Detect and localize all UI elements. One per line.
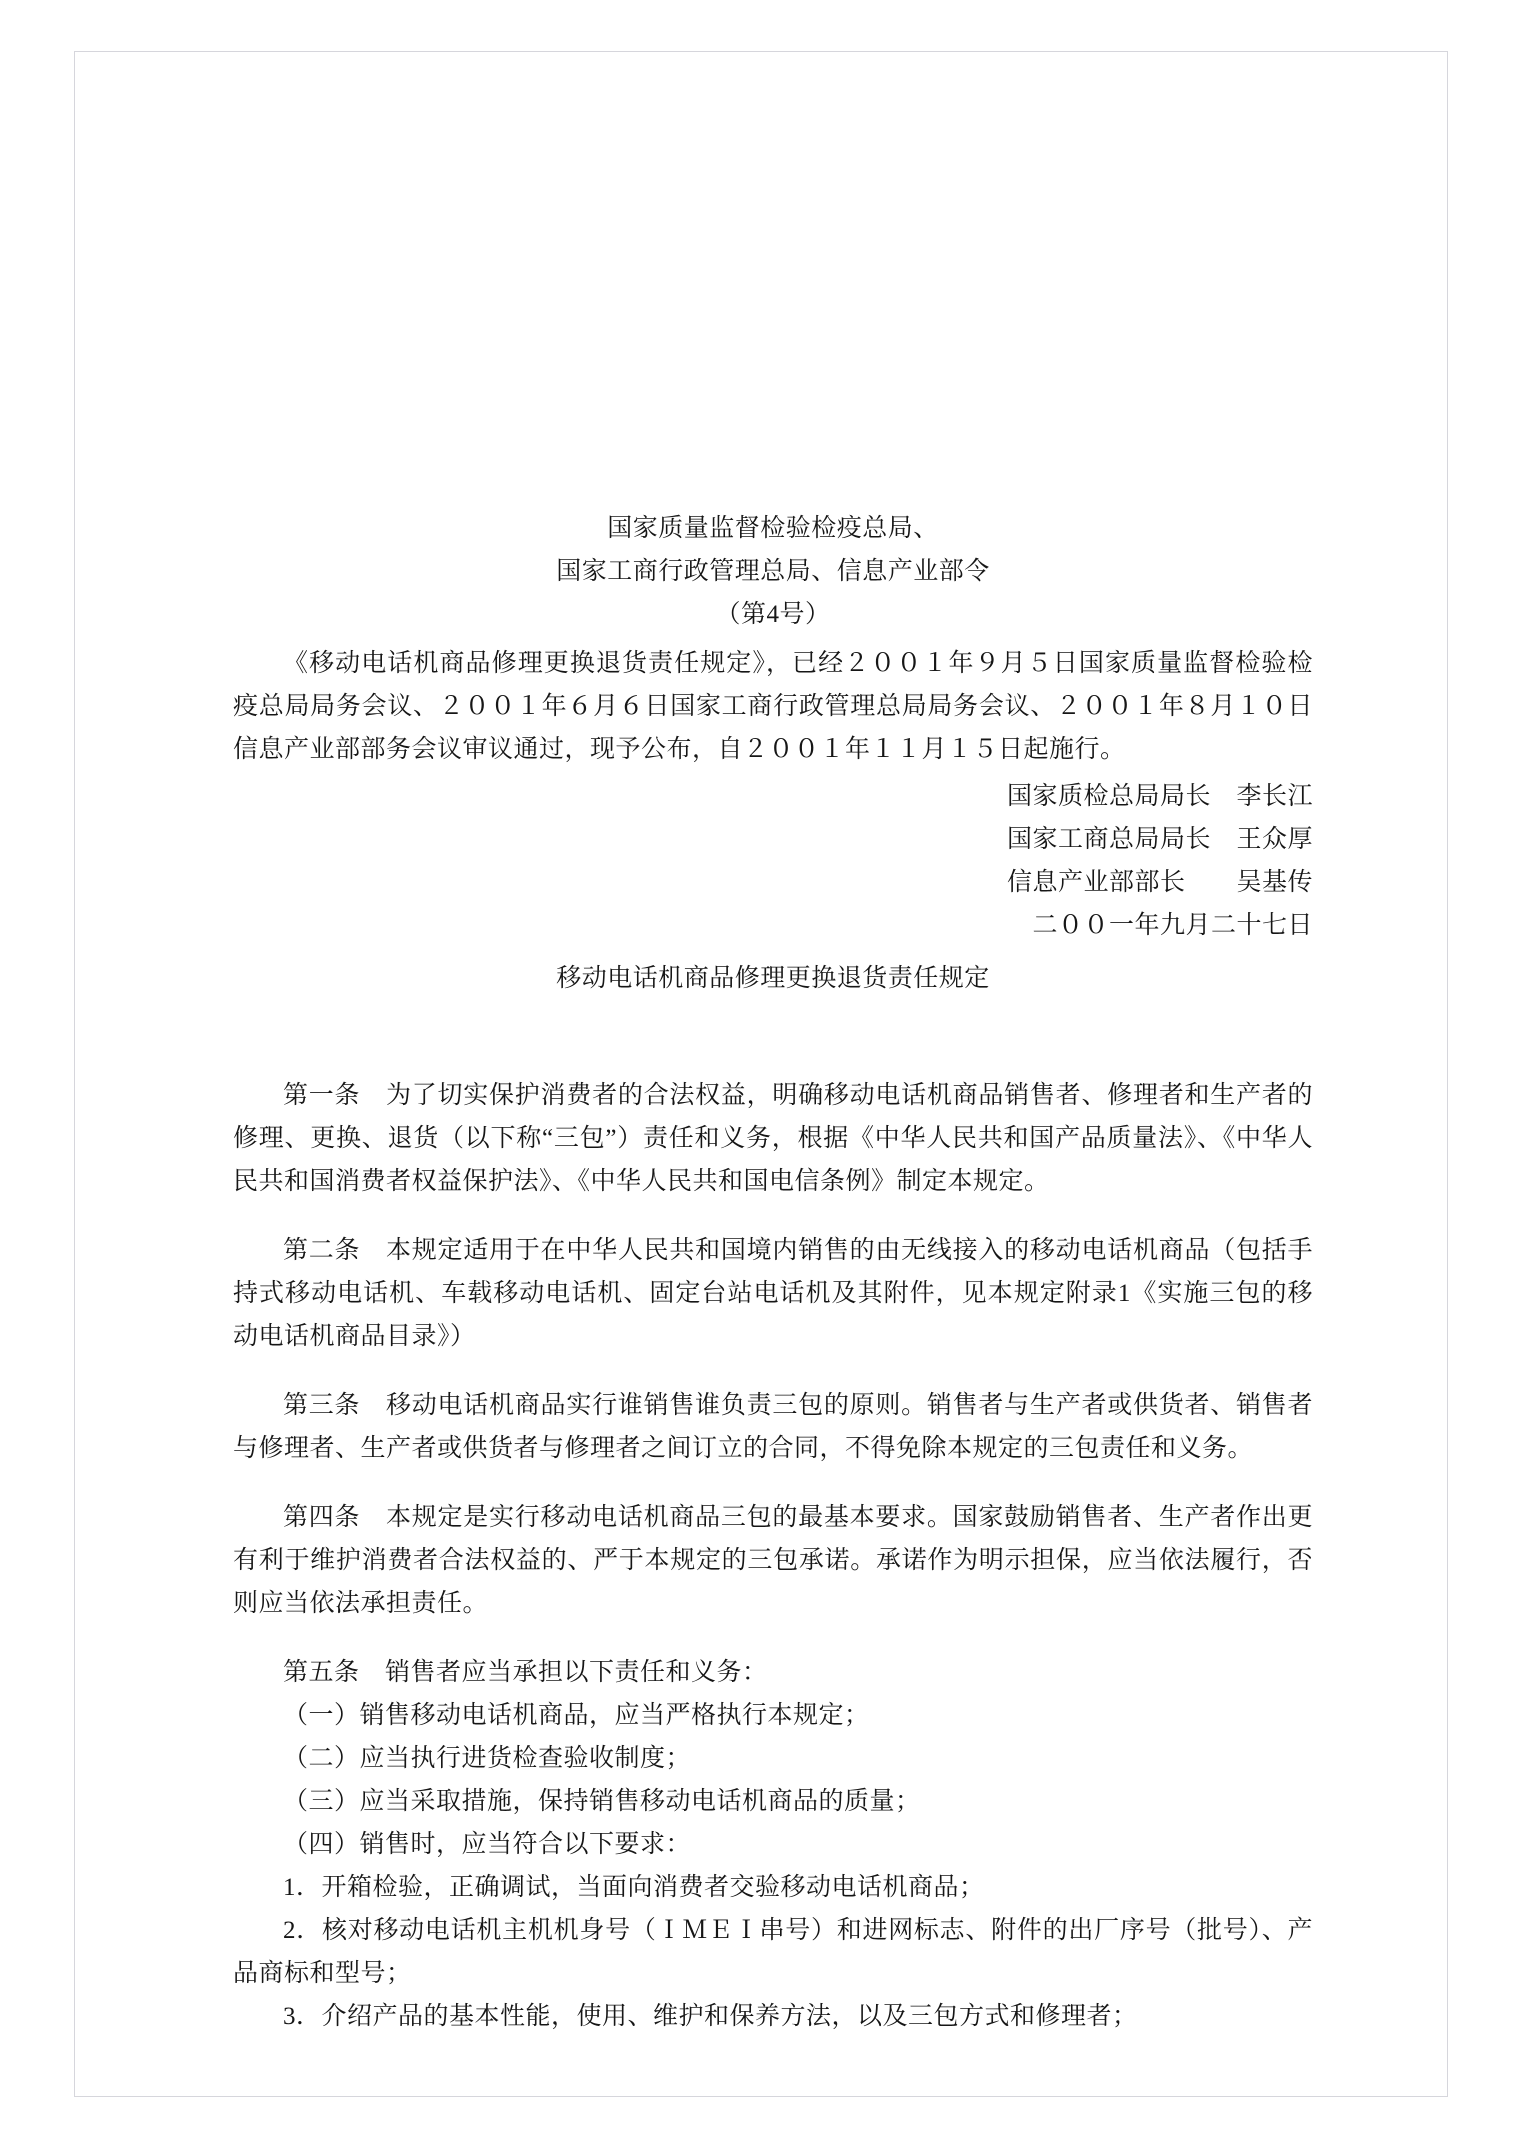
signature-block: 国家质检总局局长 李长江 国家工商总局局长 王众厚 信息产业部部长 吴基传 二０… xyxy=(233,775,1313,947)
order-title-block: 国家质量监督检验检疫总局、 国家工商行政管理总局、信息产业部令 （第4号） xyxy=(233,507,1313,636)
signature-date: 二００一年九月二十七日 xyxy=(233,904,1313,947)
article-5-item-4: （四）销售时，应当符合以下要求： xyxy=(233,1823,1313,1866)
article-5-item-4-sub-2: 2．核对移动电话机主机机身号（ＩＭＥＩ串号）和进网标志、附件的出厂序号（批号）、… xyxy=(233,1909,1313,1995)
order-title-line-2: 国家工商行政管理总局、信息产业部令 xyxy=(233,550,1313,593)
article-5-item-1: （一）销售移动电话机商品，应当严格执行本规定； xyxy=(233,1694,1313,1737)
article-5-item-3: （三）应当采取措施，保持销售移动电话机商品的质量； xyxy=(233,1780,1313,1823)
signature-mii-minister: 信息产业部部长 吴基传 xyxy=(233,861,1313,904)
order-title-line-1: 国家质量监督检验检疫总局、 xyxy=(233,507,1313,550)
article-5-item-4-sub-3: 3．介绍产品的基本性能，使用、维护和保养方法，以及三包方式和修理者； xyxy=(233,1995,1313,2038)
regulation-heading: 移动电话机商品修理更换退货责任规定 xyxy=(233,957,1313,1000)
document-content: 国家质量监督检验检疫总局、 国家工商行政管理总局、信息产业部令 （第4号） 《移… xyxy=(75,52,1447,2038)
article-3: 第三条 移动电话机商品实行谁销售谁负责三包的原则。销售者与生产者或供货者、销售者… xyxy=(233,1384,1313,1470)
article-5-item-4-sub-1: 1．开箱检验，正确调试，当面向消费者交验移动电话机商品； xyxy=(233,1866,1313,1909)
article-5-lead: 第五条 销售者应当承担以下责任和义务： xyxy=(233,1651,1313,1694)
signature-aqsiq-director: 国家质检总局局长 李长江 xyxy=(233,775,1313,818)
signature-saic-director: 国家工商总局局长 王众厚 xyxy=(233,818,1313,861)
promulgation-paragraph: 《移动电话机商品修理更换退货责任规定》，已经２００１年９月５日国家质量监督检验检… xyxy=(233,642,1313,771)
document-page: 国家质量监督检验检疫总局、 国家工商行政管理总局、信息产业部令 （第4号） 《移… xyxy=(74,51,1448,2097)
article-1: 第一条 为了切实保护消费者的合法权益，明确移动电话机商品销售者、修理者和生产者的… xyxy=(233,1074,1313,1203)
article-4: 第四条 本规定是实行移动电话机商品三包的最基本要求。国家鼓励销售者、生产者作出更… xyxy=(233,1496,1313,1625)
order-number-line: （第4号） xyxy=(233,593,1313,636)
article-5-item-2: （二）应当执行进货检查验收制度； xyxy=(233,1737,1313,1780)
article-2: 第二条 本规定适用于在中华人民共和国境内销售的由无线接入的移动电话机商品（包括手… xyxy=(233,1229,1313,1358)
